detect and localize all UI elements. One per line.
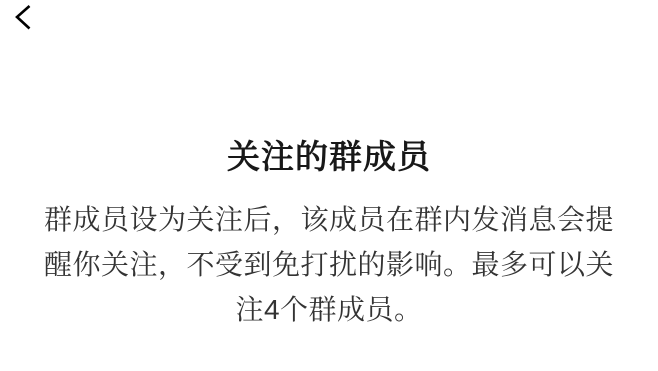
back-button[interactable] xyxy=(4,0,48,44)
followed-group-members-page: 关注的群成员 群成员设为关注后，该成员在群内发消息会提 醒你关注，不受到免打扰的… xyxy=(0,0,658,371)
description-line: 群成员设为关注后，该成员在群内发消息会提 xyxy=(0,197,658,242)
description-line: 醒你关注，不受到免打扰的影响。最多可以关 xyxy=(0,242,658,287)
description-line: 注4个群成员。 xyxy=(0,287,658,332)
page-title: 关注的群成员 xyxy=(0,139,658,175)
chevron-left-icon xyxy=(13,4,32,30)
page-content: 关注的群成员 群成员设为关注后，该成员在群内发消息会提 醒你关注，不受到免打扰的… xyxy=(0,139,658,332)
page-description: 群成员设为关注后，该成员在群内发消息会提 醒你关注，不受到免打扰的影响。最多可以… xyxy=(0,197,658,332)
